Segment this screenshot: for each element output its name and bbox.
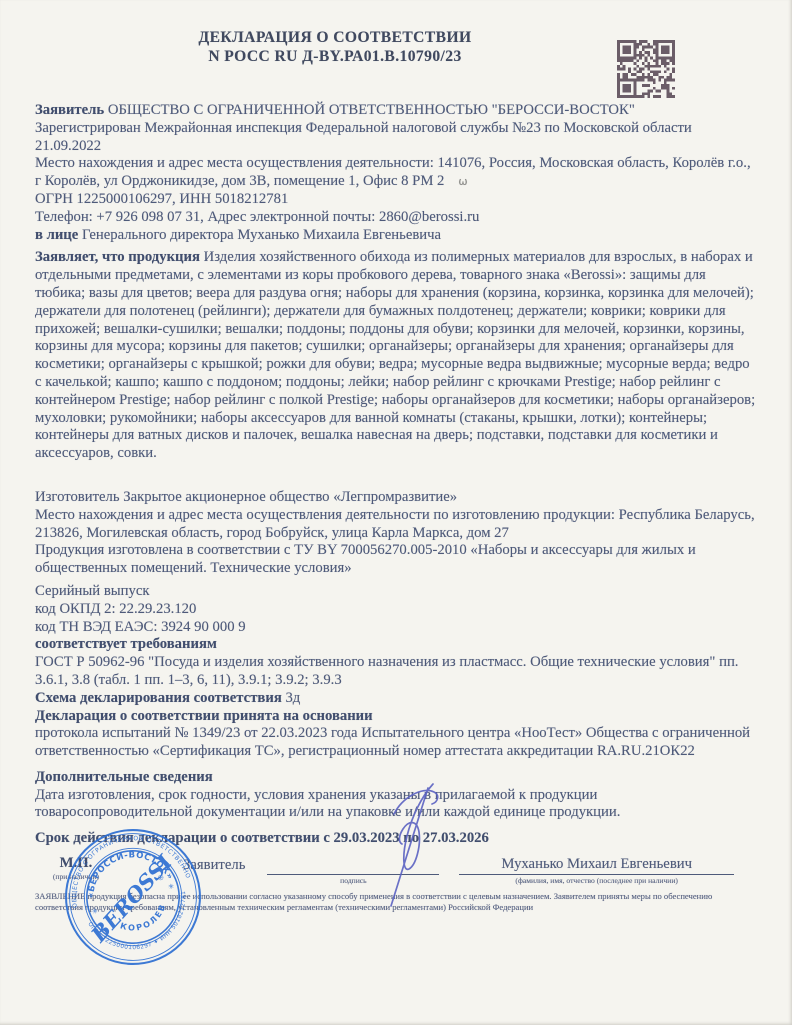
manufacturer-tu: Продукция изготовлена в соответствии с Т…	[35, 542, 696, 576]
basis-heading: Декларация о соответствии принята на осн…	[35, 708, 758, 726]
gost-reference-line: ГОСТ Р 50962-96 "Посуда и изделия хозяйс…	[35, 654, 758, 690]
applicant-name: ОБЩЕСТВО С ОГРАНИЧЕННОЙ ОТВЕТСТВЕННОСТЬЮ…	[104, 102, 635, 118]
applicant-contacts-line: Телефон: +7 926 098 07 31, Адрес электро…	[35, 209, 758, 227]
scheme-label: Схема декларирования соответствия	[35, 690, 282, 706]
okpd-code: код ОКПД 2: 22.29.23.120	[35, 601, 196, 617]
basis-protocol: протокола испытаний № 1349/23 от 22.03.2…	[35, 725, 750, 759]
applicant-ogrn-inn: ОГРН 1225000106297, ИНН 5018212781	[35, 191, 288, 207]
applicant-registration-line: Зарегистрирован Межрайонная инспекция Фе…	[35, 120, 758, 156]
product-label: Заявляет, что продукция	[35, 249, 200, 265]
stamp-star-right: ✳	[167, 881, 175, 891]
additional-info-text: Дата изготовления, срок годности, услови…	[35, 787, 620, 821]
applicant-label: Заявитель	[35, 102, 104, 118]
applicant-address-line: Место нахождения и адрес места осуществл…	[35, 155, 758, 191]
compliance-heading: соответствует требованиям	[35, 636, 758, 654]
applicant-contacts: Телефон: +7 926 098 07 31, Адрес электро…	[35, 209, 479, 225]
applicant-name-line: Заявитель ОБЩЕСТВО С ОГРАНИЧЕННОЙ ОТВЕТС…	[35, 102, 758, 120]
declaration-scheme-line: Схема декларирования соответствия 3д	[35, 690, 758, 708]
gost-reference: ГОСТ Р 50962-96 "Посуда и изделия хозяйс…	[35, 654, 738, 688]
signer-name: Муханько Михаил Евгеньевич	[459, 855, 734, 874]
tnved-code-line: код ТН ВЭД ЕАЭС: 3924 90 000 9	[35, 619, 758, 637]
product-list: Изделия хозяйственного обихода из полиме…	[35, 249, 755, 461]
declaration-document-page: ДЕКЛАРАЦИЯ О СООТВЕТСТВИИ N РОСС RU Д-BY…	[0, 0, 792, 1025]
document-number: N РОСС RU Д-BY.РА01.В.10790/23	[35, 47, 635, 66]
signer-name-line	[459, 874, 734, 875]
handwritten-signature	[378, 780, 462, 908]
applicant-ogrn-inn-line: ОГРН 1225000106297, ИНН 5018212781	[35, 191, 758, 209]
compliance-label: соответствует требованиям	[35, 636, 217, 652]
serial-release: Серийный выпуск	[35, 583, 149, 599]
manufacturer-line: Изготовитель Закрытое акционерное общест…	[35, 489, 758, 507]
applicant-registration: Зарегистрирован Межрайонная инспекция Фе…	[35, 120, 692, 154]
basis-protocol-line: протокола испытаний № 1349/23 от 22.03.2…	[35, 725, 758, 761]
signer-name-field: Муханько Михаил Евгеньевич (фамилия, имя…	[459, 855, 734, 885]
manufacturer-name: Изготовитель Закрытое акционерное общест…	[35, 489, 457, 505]
manufacturer-address-line: Место нахождения и адрес места осуществл…	[35, 507, 758, 543]
document-header: ДЕКЛАРАЦИЯ О СООТВЕТСТВИИ N РОСС RU Д-BY…	[35, 28, 635, 66]
manufacturer-address: Место нахождения и адрес места осуществл…	[35, 507, 755, 541]
product-declaration-paragraph: Заявляет, что продукция Изделия хозяйств…	[35, 249, 758, 463]
okpd-code-line: код ОКПД 2: 22.29.23.120	[35, 601, 758, 619]
basis-label: Декларация о соответствии принята на осн…	[35, 708, 373, 724]
pen-stray-mark: ω	[458, 175, 467, 188]
in-face-label: в лице	[35, 227, 78, 243]
additional-info-label: Дополнительные сведения	[35, 769, 213, 785]
stamp-brand-text: BEROSSI	[85, 849, 177, 948]
scheme-value: 3д	[282, 690, 301, 706]
signer-name-caption: (фамилия, имя, отчество (последнее при н…	[459, 876, 734, 885]
applicant-representative-line: в лице Генерального директора Муханько М…	[35, 227, 758, 245]
applicant-address: Место нахождения и адрес места осуществл…	[35, 155, 751, 189]
tnved-code: код ТН ВЭД ЕАЭС: 3924 90 000 9	[35, 619, 246, 635]
serial-release-line: Серийный выпуск	[35, 583, 758, 601]
manufacturer-tu-line: Продукция изготовлена в соответствии с Т…	[35, 542, 758, 578]
document-title: ДЕКЛАРАЦИЯ О СООТВЕТСТВИИ	[35, 28, 635, 47]
representative-name: Генерального директора Муханько Михаила …	[78, 227, 441, 243]
stamp-star-left: ✳	[91, 906, 99, 916]
